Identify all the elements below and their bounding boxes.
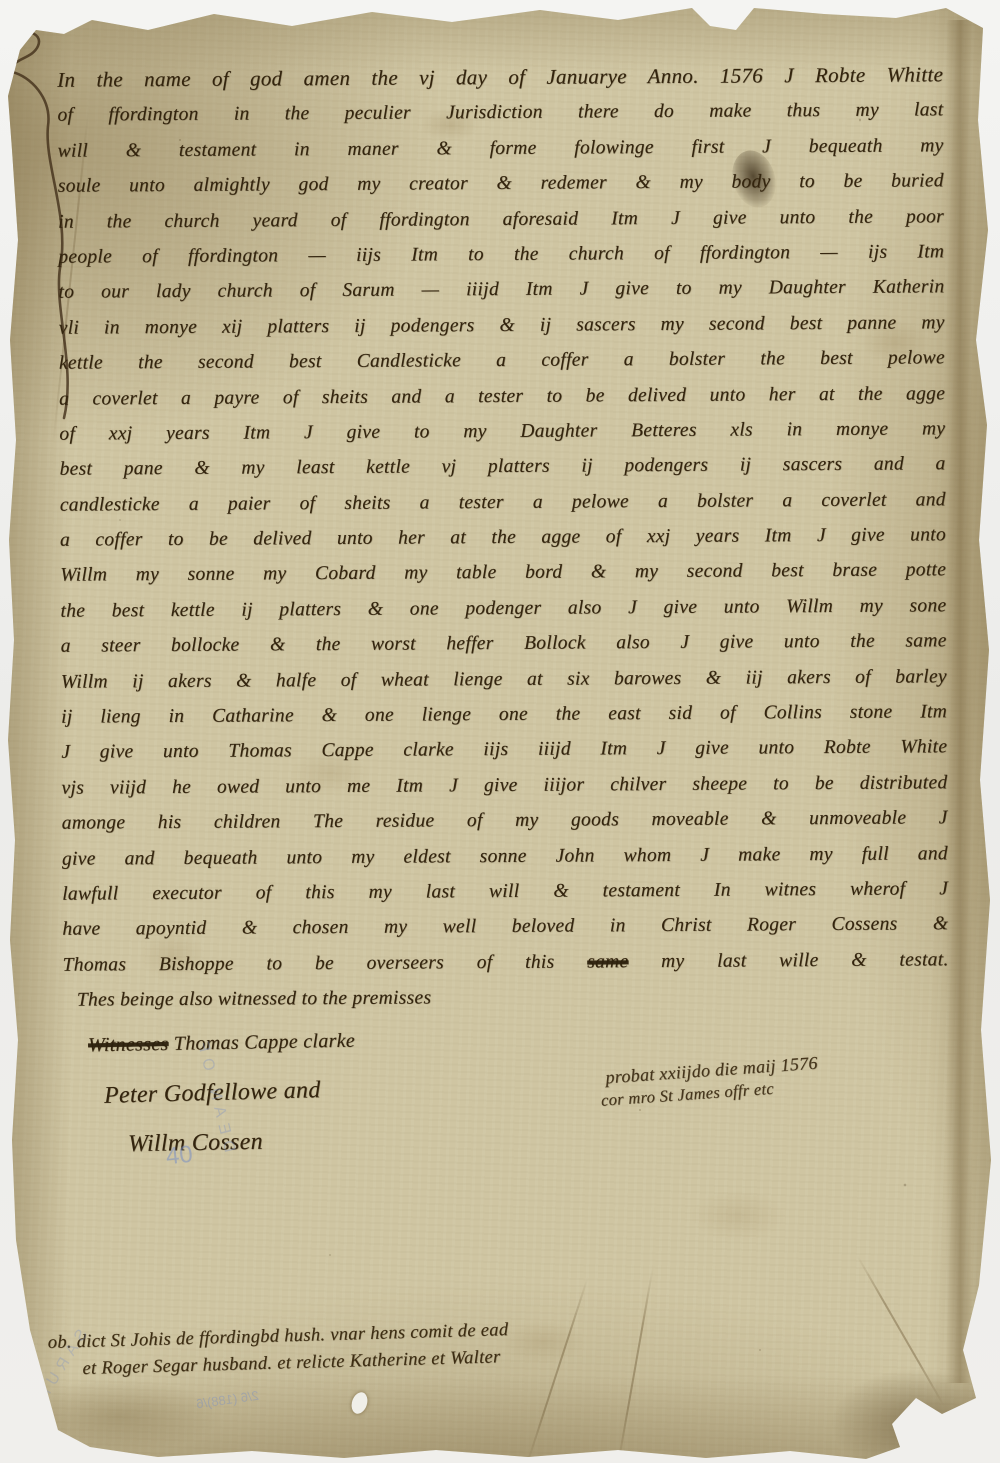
witness-line-3: Willm Cossen: [128, 1129, 263, 1158]
manuscript-line: best pane & my least kettle vj platters …: [59, 447, 945, 488]
line-text: my last wille & testat.: [628, 949, 948, 972]
manuscript-line: people of ffordington — iijs Itm to the …: [58, 234, 944, 275]
manuscript-line: candlesticke a paier of sheits a tester …: [60, 482, 946, 523]
paper-sheet: In the name of god amen the vj day of Ja…: [0, 0, 1000, 1463]
manuscript-line: will & testament in maner & forme folowi…: [58, 128, 944, 169]
manuscript-line: of xxj years Itm J give to my Daughter B…: [59, 411, 945, 452]
manuscript-line: have apoyntid & chosen my well beloved i…: [62, 907, 948, 948]
manuscript-line: In the name of god amen the vj day of Ja…: [57, 57, 943, 98]
fold-shadow-right: [946, 20, 972, 1383]
manuscript-line: Willm ij akers & halfe of wheat lienge a…: [61, 659, 947, 700]
manuscript-line: kettle the second best Candlesticke a co…: [59, 340, 945, 381]
manuscript-line: a steer bollocke & the worst heffer Boll…: [61, 624, 947, 665]
manuscript-line: vli in monye xij platters ij podengers &…: [59, 305, 945, 346]
manuscript-line: ij lieng in Catharine & one lienge one t…: [61, 694, 947, 735]
manuscript-line: a coverlet a payre of sheits and a teste…: [59, 376, 945, 417]
manuscript-line: Willm my sonne my Cobard my table bord &…: [60, 553, 946, 594]
manuscript-line: lawfull executor of this my last will & …: [62, 871, 948, 912]
manuscript-line: amonge his children The residue of my go…: [62, 800, 948, 841]
struck-word: same: [587, 951, 628, 972]
manuscript-line: to our lady church of Sarum — iiijd Itm …: [58, 270, 944, 311]
witness-line-1: Witnesses Thomas Cappe clarke: [88, 1030, 355, 1058]
folio-number-pencil: 40: [165, 1141, 194, 1172]
manuscript-scan: In the name of god amen the vj day of Ja…: [0, 0, 1000, 1463]
will-text-block: In the name of god amen the vj day of Ja…: [57, 57, 949, 1018]
manuscript-line: J give unto Thomas Cappe clarke iijs iii…: [61, 730, 947, 771]
manuscript-line-with-deletion: Thomas Bishoppe to be overseers of this …: [62, 942, 948, 983]
manuscript-line: Thes beinge also witnessed to the premis…: [77, 979, 727, 1018]
manuscript-line: the best kettle ij platters & one podeng…: [60, 588, 946, 629]
manuscript-line: soule unto almightly god my creator & re…: [58, 163, 944, 204]
line-text: Thomas Bishoppe to be overseers of this: [63, 951, 588, 975]
manuscript-line: of ffordington in the peculier Jurisdict…: [57, 93, 943, 134]
manuscript-line: in the church yeard of ffordington afore…: [58, 199, 944, 240]
tear-shadow-bottom-right: [830, 1368, 990, 1460]
struck-word: Witnesses: [88, 1033, 169, 1056]
manuscript-line: vjs viijd he owed unto me Itm J give iii…: [61, 765, 947, 806]
manuscript-line: give and bequeath unto my eldest sonne J…: [62, 836, 948, 877]
manuscript-line: a coffer to be delived unto her at the a…: [60, 517, 946, 558]
